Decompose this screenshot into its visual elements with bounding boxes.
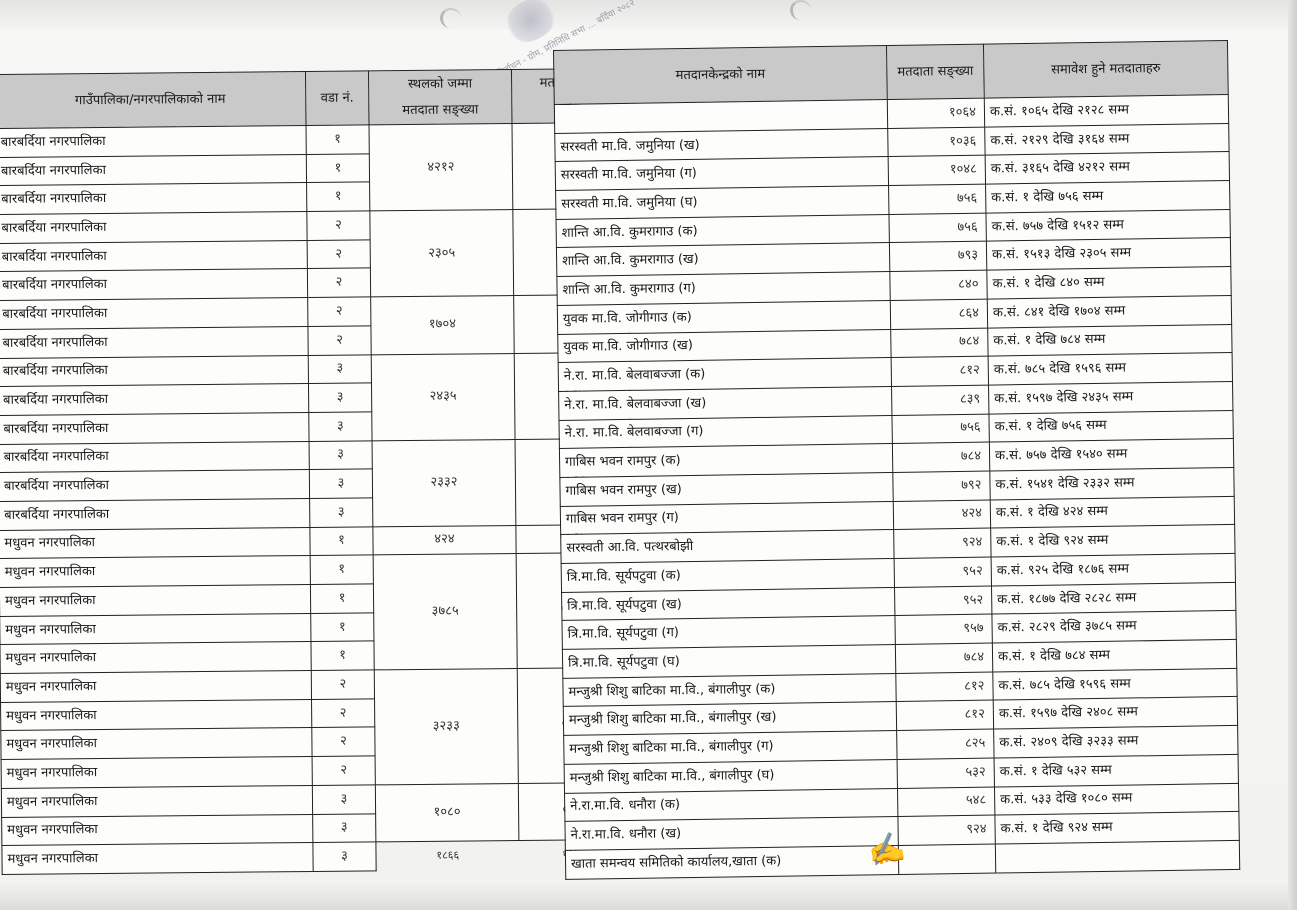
scanned-page: निर्वाचन - ग्रोम, प्रतिनिधि सभा ... बर्द… xyxy=(0,0,1297,910)
voter-range-cell: क.सं. २८२९ देखि ३७८५ सम्म xyxy=(992,611,1236,643)
municipality-cell: मधुवन नगरपालिका xyxy=(1,785,312,817)
municipality-cell: मधुवन नगरपालिका xyxy=(0,584,311,616)
ward-cell: १ xyxy=(306,125,369,154)
scan-shadow-top xyxy=(0,0,1297,30)
ward-cell: २ xyxy=(312,727,375,756)
voter-range-cell: क.सं. १५९७ देखि २४०८ सम्म xyxy=(993,697,1237,729)
municipality-cell: बारबर्दिया नगरपालिका xyxy=(0,269,308,301)
municipality-cell: मधुवन नगरपालिका xyxy=(0,556,310,588)
municipality-cell: बारबर्दिया नगरपालिका xyxy=(0,240,307,272)
voter-count-cell: ७८४ xyxy=(891,328,988,358)
voter-count-cell: ९५२ xyxy=(895,586,992,616)
ward-cell: २ xyxy=(311,670,374,699)
station-total-voters-cell: २३३२ xyxy=(372,439,516,526)
municipality-cell: मधुवन नगरपालिका xyxy=(2,814,313,846)
voter-range-cell: क.सं. १०६५ देखि २१२८ सम्म xyxy=(984,94,1228,126)
ward-cell: ३ xyxy=(313,813,376,842)
table-row: मधुवन नगरपालिका३१०८०५५३२ xyxy=(1,782,633,817)
municipality-cell: बारबर्दिया नगरपालिका xyxy=(0,412,309,444)
voter-range-cell: क.सं. ५३३ देखि १०८० सम्म xyxy=(994,783,1238,815)
voter-range-cell: क.सं. १८७७ देखि २८२८ सम्म xyxy=(991,582,1235,614)
ward-cell: ३ xyxy=(309,469,372,498)
voter-range-cell: क.सं. १ देखि ७५६ सम्म xyxy=(989,410,1233,442)
station-total-voters-cell: १८६६ xyxy=(376,841,519,871)
voter-count-cell: ७९३ xyxy=(889,242,986,272)
voter-range-cell: क.सं. १५४१ देखि २३३२ सम्म xyxy=(990,467,1234,499)
ward-cell: २ xyxy=(308,326,371,355)
municipality-cell: बारबर्दिया नगरपालिका xyxy=(0,183,307,215)
municipality-cell: बारबर्दिया नगरपालिका xyxy=(0,212,307,244)
voter-count-cell: ७५६ xyxy=(889,184,986,214)
table-row: मधुवन नगरपालिका१३७८५५५९८ xyxy=(0,553,631,588)
municipality-cell: बारबर्दिया नगरपालिका xyxy=(0,355,308,387)
voter-range-cell: क.सं. ३१६५ देखि ४२१२ सम्म xyxy=(985,152,1229,184)
municipality-cell: बारबर्दिया नगरपालिका xyxy=(0,470,310,502)
table-row: मधुवन नगरपालिका२३२३३५६०४ xyxy=(0,667,632,702)
voter-range-cell: क.सं. १ देखि ७५६ सम्म xyxy=(986,181,1230,213)
voter-range-cell: क.सं. १ देखि ८४० सम्म xyxy=(987,267,1231,299)
municipality-cell: मधुवन नगरपालिका xyxy=(0,642,311,674)
voter-count-cell: ५४८ xyxy=(897,787,994,817)
municipality-cell: बारबर्दिया नगरपालिका xyxy=(0,326,308,358)
header-voter-count: मतदाता सङ्ख्या xyxy=(886,44,984,99)
voter-range-cell: क.सं. ७८५ देखि १५९६ सम्म xyxy=(988,353,1232,385)
ward-cell: ३ xyxy=(310,498,373,527)
municipality-cell: मधुवन नगरपालिका xyxy=(0,671,311,703)
voter-range-cell: क.सं. ७५७ देखि १५४० सम्म xyxy=(989,439,1233,471)
ward-cell: ३ xyxy=(312,785,375,814)
table-row: बारबर्दिया नगरपालिका२१७०४५५१० xyxy=(0,295,629,330)
center-name-cell: खाता समन्वय समितिको कार्यालय,खाता (क) xyxy=(565,845,898,879)
municipality-cell: मधुवन नगरपालिका xyxy=(1,728,312,760)
voter-range-cell: क.सं. ९२५ देखि १८७६ सम्म xyxy=(991,553,1235,585)
header-included-voters: समावेश हुने मतदाताहरु xyxy=(983,40,1228,98)
station-total-voters-cell: ४२४ xyxy=(373,525,516,555)
ward-cell: ३ xyxy=(308,354,371,383)
station-total-voters-cell: १०८० xyxy=(375,783,519,842)
table-row: बारबर्दिया नगरपालिका१४२१२५५०५ xyxy=(0,122,627,157)
table-row: बारबर्दिया नगरपालिका२२३०५५५०८ xyxy=(0,208,628,243)
municipality-cell: बारबर्दिया नगरपालिका xyxy=(0,154,307,186)
punch-hole-icon xyxy=(440,8,461,28)
voter-range-cell: क.सं. १ देखि ७८४ सम्म xyxy=(988,324,1232,356)
municipality-cell: मधुवन नगरपालिका xyxy=(0,613,311,645)
voter-count-cell: ९५७ xyxy=(895,614,992,644)
ward-cell: २ xyxy=(307,211,370,240)
voter-range-cell: क.सं. १ देखि ९२४ सम्म xyxy=(995,812,1239,844)
station-total-voters-cell: ४२१२ xyxy=(369,124,513,211)
voter-count-cell: १०४८ xyxy=(888,155,985,185)
voter-range-cell: क.सं. २१२९ देखि ३१६४ सम्म xyxy=(985,123,1229,155)
municipality-cell: बारबर्दिया नगरपालिका xyxy=(0,441,309,473)
ward-cell: ३ xyxy=(313,842,376,871)
voter-range-cell: क.सं. ८४१ देखि १७०४ सम्म xyxy=(987,295,1231,327)
header-ward: वडा नं. xyxy=(305,71,369,126)
ward-cell: ३ xyxy=(309,412,372,441)
station-total-voters-cell: २४३५ xyxy=(371,353,515,440)
ward-cell: १ xyxy=(311,641,374,670)
voter-range-cell: क.सं. २४०९ देखि ३२३३ सम्म xyxy=(994,726,1238,758)
voter-count-cell: ८२५ xyxy=(897,729,994,759)
voter-range-cell: क.सं. ७५७ देखि १५१२ सम्म xyxy=(986,209,1230,241)
voter-range-cell: क.सं. १५१३ देखि २३०५ सम्म xyxy=(986,238,1230,270)
table-row: बारबर्दिया नगरपालिका३२३३२५५१९ xyxy=(0,438,630,473)
municipality-cell: मधुवन नगरपालिका xyxy=(0,527,310,559)
voter-count-cell: १०६४ xyxy=(887,98,984,128)
ward-cell: २ xyxy=(308,297,371,326)
ward-cell: २ xyxy=(307,240,370,269)
header-center-name: मतदानकेन्द्रको नाम xyxy=(554,46,888,105)
station-total-voters-cell: ३७८५ xyxy=(373,554,517,670)
voter-count-cell: ८१२ xyxy=(891,356,988,386)
table-row: मधुवन नगरपालिका३१८६६१२३३३ xyxy=(2,840,634,875)
ward-cell: २ xyxy=(307,268,370,297)
punch-hole-icon xyxy=(790,0,811,20)
ward-cell: १ xyxy=(310,527,373,556)
voter-count-cell: ८४० xyxy=(890,270,987,300)
voter-range-cell: क.सं. १ देखि ९२४ सम्म xyxy=(991,525,1235,557)
ward-cell: १ xyxy=(310,555,373,584)
municipality-cell: बारबर्दिया नगरपालिका xyxy=(0,498,310,530)
municipality-cell: मधुवन नगरपालिका xyxy=(2,843,313,875)
voter-count-cell: ४२४ xyxy=(893,500,990,530)
municipality-cell: मधुवन नगरपालिका xyxy=(1,757,312,789)
voter-count-cell: ८६४ xyxy=(890,299,987,329)
voter-count-cell: ७८४ xyxy=(895,643,992,673)
voter-count-cell: ७५६ xyxy=(889,213,986,243)
ward-cell: १ xyxy=(306,154,369,183)
municipality-cell: बारबर्दिया नगरपालिका xyxy=(0,298,308,330)
station-total-voters-cell: ३२३३ xyxy=(374,669,518,785)
voter-count-cell: ८१२ xyxy=(896,700,993,730)
ward-cell: २ xyxy=(312,699,375,728)
scan-shadow-bottom xyxy=(0,880,1297,910)
station-total-voters-cell: १७०४ xyxy=(371,296,515,355)
header-total-voters-line1: स्थलको जम्मा xyxy=(374,71,506,98)
page-edge xyxy=(1288,0,1297,910)
voter-range-cell: क.सं. १५९७ देखि २४३५ सम्म xyxy=(989,381,1233,413)
polling-center-table: मतदानकेन्द्रको नाम मतदाता सङ्ख्या समावेश… xyxy=(553,40,1240,879)
voter-count-cell: ८१२ xyxy=(896,672,993,702)
voter-count-cell: ८३९ xyxy=(892,385,989,415)
voter-count-cell: ९२४ xyxy=(894,528,991,558)
ward-cell: १ xyxy=(311,613,374,642)
voter-range-cell: क.सं. १ देखि ४२४ सम्म xyxy=(990,496,1234,528)
header-municipality: गाउँपालिका/नगरपालिकाको नाम xyxy=(0,72,306,129)
voter-range-cell xyxy=(995,840,1239,872)
municipality-cell: मधुवन नगरपालिका xyxy=(1,699,312,731)
ward-cell: १ xyxy=(307,182,370,211)
voter-count-cell: ५३२ xyxy=(897,758,994,788)
table-row: बारबर्दिया नगरपालिका३२४३५५५१४ xyxy=(0,352,629,387)
municipality-cell: बारबर्दिया नगरपालिका xyxy=(0,384,309,416)
header-total-voters-line2: मतदाता सङ्ख्या xyxy=(374,97,506,124)
voter-range-cell: क.सं. १ देखि ७८४ सम्म xyxy=(992,639,1236,671)
voter-range-cell: क.सं. १ देखि ५३२ सम्म xyxy=(994,754,1238,786)
ward-cell: १ xyxy=(310,584,373,613)
ward-cell: ३ xyxy=(309,440,372,469)
voter-count-cell: ७८४ xyxy=(892,442,989,472)
municipality-cell: बारबर्दिया नगरपालिका xyxy=(0,126,306,158)
polling-location-table: गाउँपालिका/नगरपालिकाको नाम वडा नं. स्थलक… xyxy=(0,68,635,875)
voter-count-cell: ७९२ xyxy=(893,471,990,501)
ward-cell: ३ xyxy=(308,383,371,412)
ward-cell: २ xyxy=(312,756,375,785)
voter-count-cell: ९५२ xyxy=(894,557,991,587)
voter-range-cell: क.सं. ७८५ देखि १५९६ सम्म xyxy=(993,668,1237,700)
station-total-voters-cell: २३०५ xyxy=(370,210,514,297)
voter-count-cell: ७५६ xyxy=(892,414,989,444)
voter-count-cell: १०३६ xyxy=(888,127,985,157)
header-total-voters: स्थलको जम्मा मतदाता सङ्ख्या xyxy=(368,70,512,125)
